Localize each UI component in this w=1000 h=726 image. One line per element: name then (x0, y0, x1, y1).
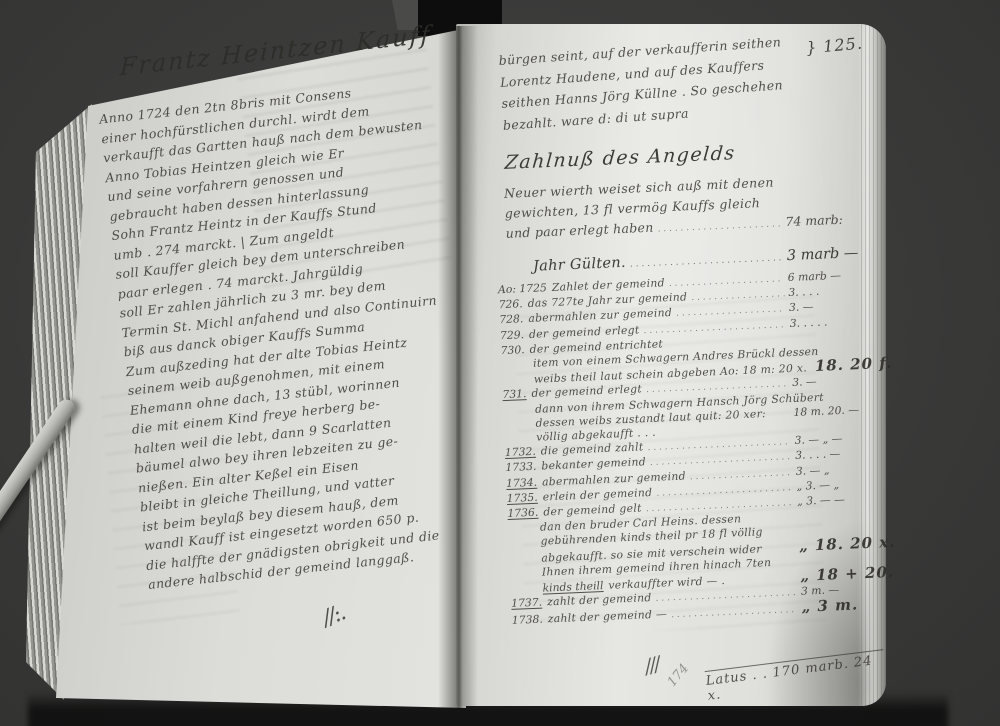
ledger-year: 1737. (511, 596, 542, 611)
left-page-text: Frantz Heintzen Kauff Anno 1724 den 2tn … (92, 13, 503, 627)
dot-leader (775, 565, 795, 566)
ledger-year: 1732. (505, 445, 536, 460)
ledger-year: Ao: 1725 (498, 281, 547, 297)
ledger-header-value: 3 marb — (786, 241, 879, 267)
ledger-value (790, 338, 882, 342)
ledger-year: 1738. (512, 613, 543, 628)
ledger-value (832, 396, 924, 400)
ledger-year: 730. (500, 343, 525, 358)
ledger-year: 1733. (505, 460, 536, 475)
entry-paragraph-1: Anno 1724 den 2tn 8bris mit Consenseiner… (98, 73, 475, 362)
entry-heading: Frantz Heintzen Kauff (119, 19, 444, 81)
dot-leader: . . . . . . . . . . . . . . . . . . . . … (657, 214, 782, 240)
ledger-year: 731. (502, 388, 527, 403)
ledger-value: „ 18 + 20. (800, 565, 893, 583)
ledger-label: zahlt der gemeind — (548, 608, 668, 627)
ledger-year: 728. (499, 313, 524, 328)
dot-leader (770, 416, 789, 417)
angeld-amount-value: 74 marb: (785, 207, 878, 232)
ledger-year: 729. (500, 328, 525, 343)
dot-leader (745, 520, 794, 522)
ledger-value (798, 516, 890, 520)
dot-leader (729, 581, 796, 584)
ledger-value: „ 18. 20 x. (799, 535, 892, 553)
ledger-year: 1734. (506, 475, 537, 490)
ledger-rows: Ao: 1725Zahlet der gemeind. . . . . . . … (508, 267, 894, 629)
ledger-year: 726. (498, 297, 523, 312)
section-heading: Zahlnuß des Angelds (504, 136, 875, 174)
ledger-year: 1736. (507, 506, 538, 521)
manuscript-photo: } 125. Latus . . 170 marb. 24 x. 174 Fra… (0, 0, 1000, 726)
ledger-value (794, 426, 886, 430)
dot-leader (766, 551, 795, 552)
ledger-year: 1735. (507, 491, 538, 506)
right-page-text: bürgen seint, auf der verkaufferin seith… (498, 34, 895, 657)
ledger-header-label: Jahr Gülten. (533, 252, 627, 278)
dot-leader (767, 534, 795, 535)
ledger-value: 18. 20 f. (815, 355, 908, 373)
entry-paragraph-2: Zum außzeding hat der alte Tobias Heintz… (125, 325, 500, 595)
